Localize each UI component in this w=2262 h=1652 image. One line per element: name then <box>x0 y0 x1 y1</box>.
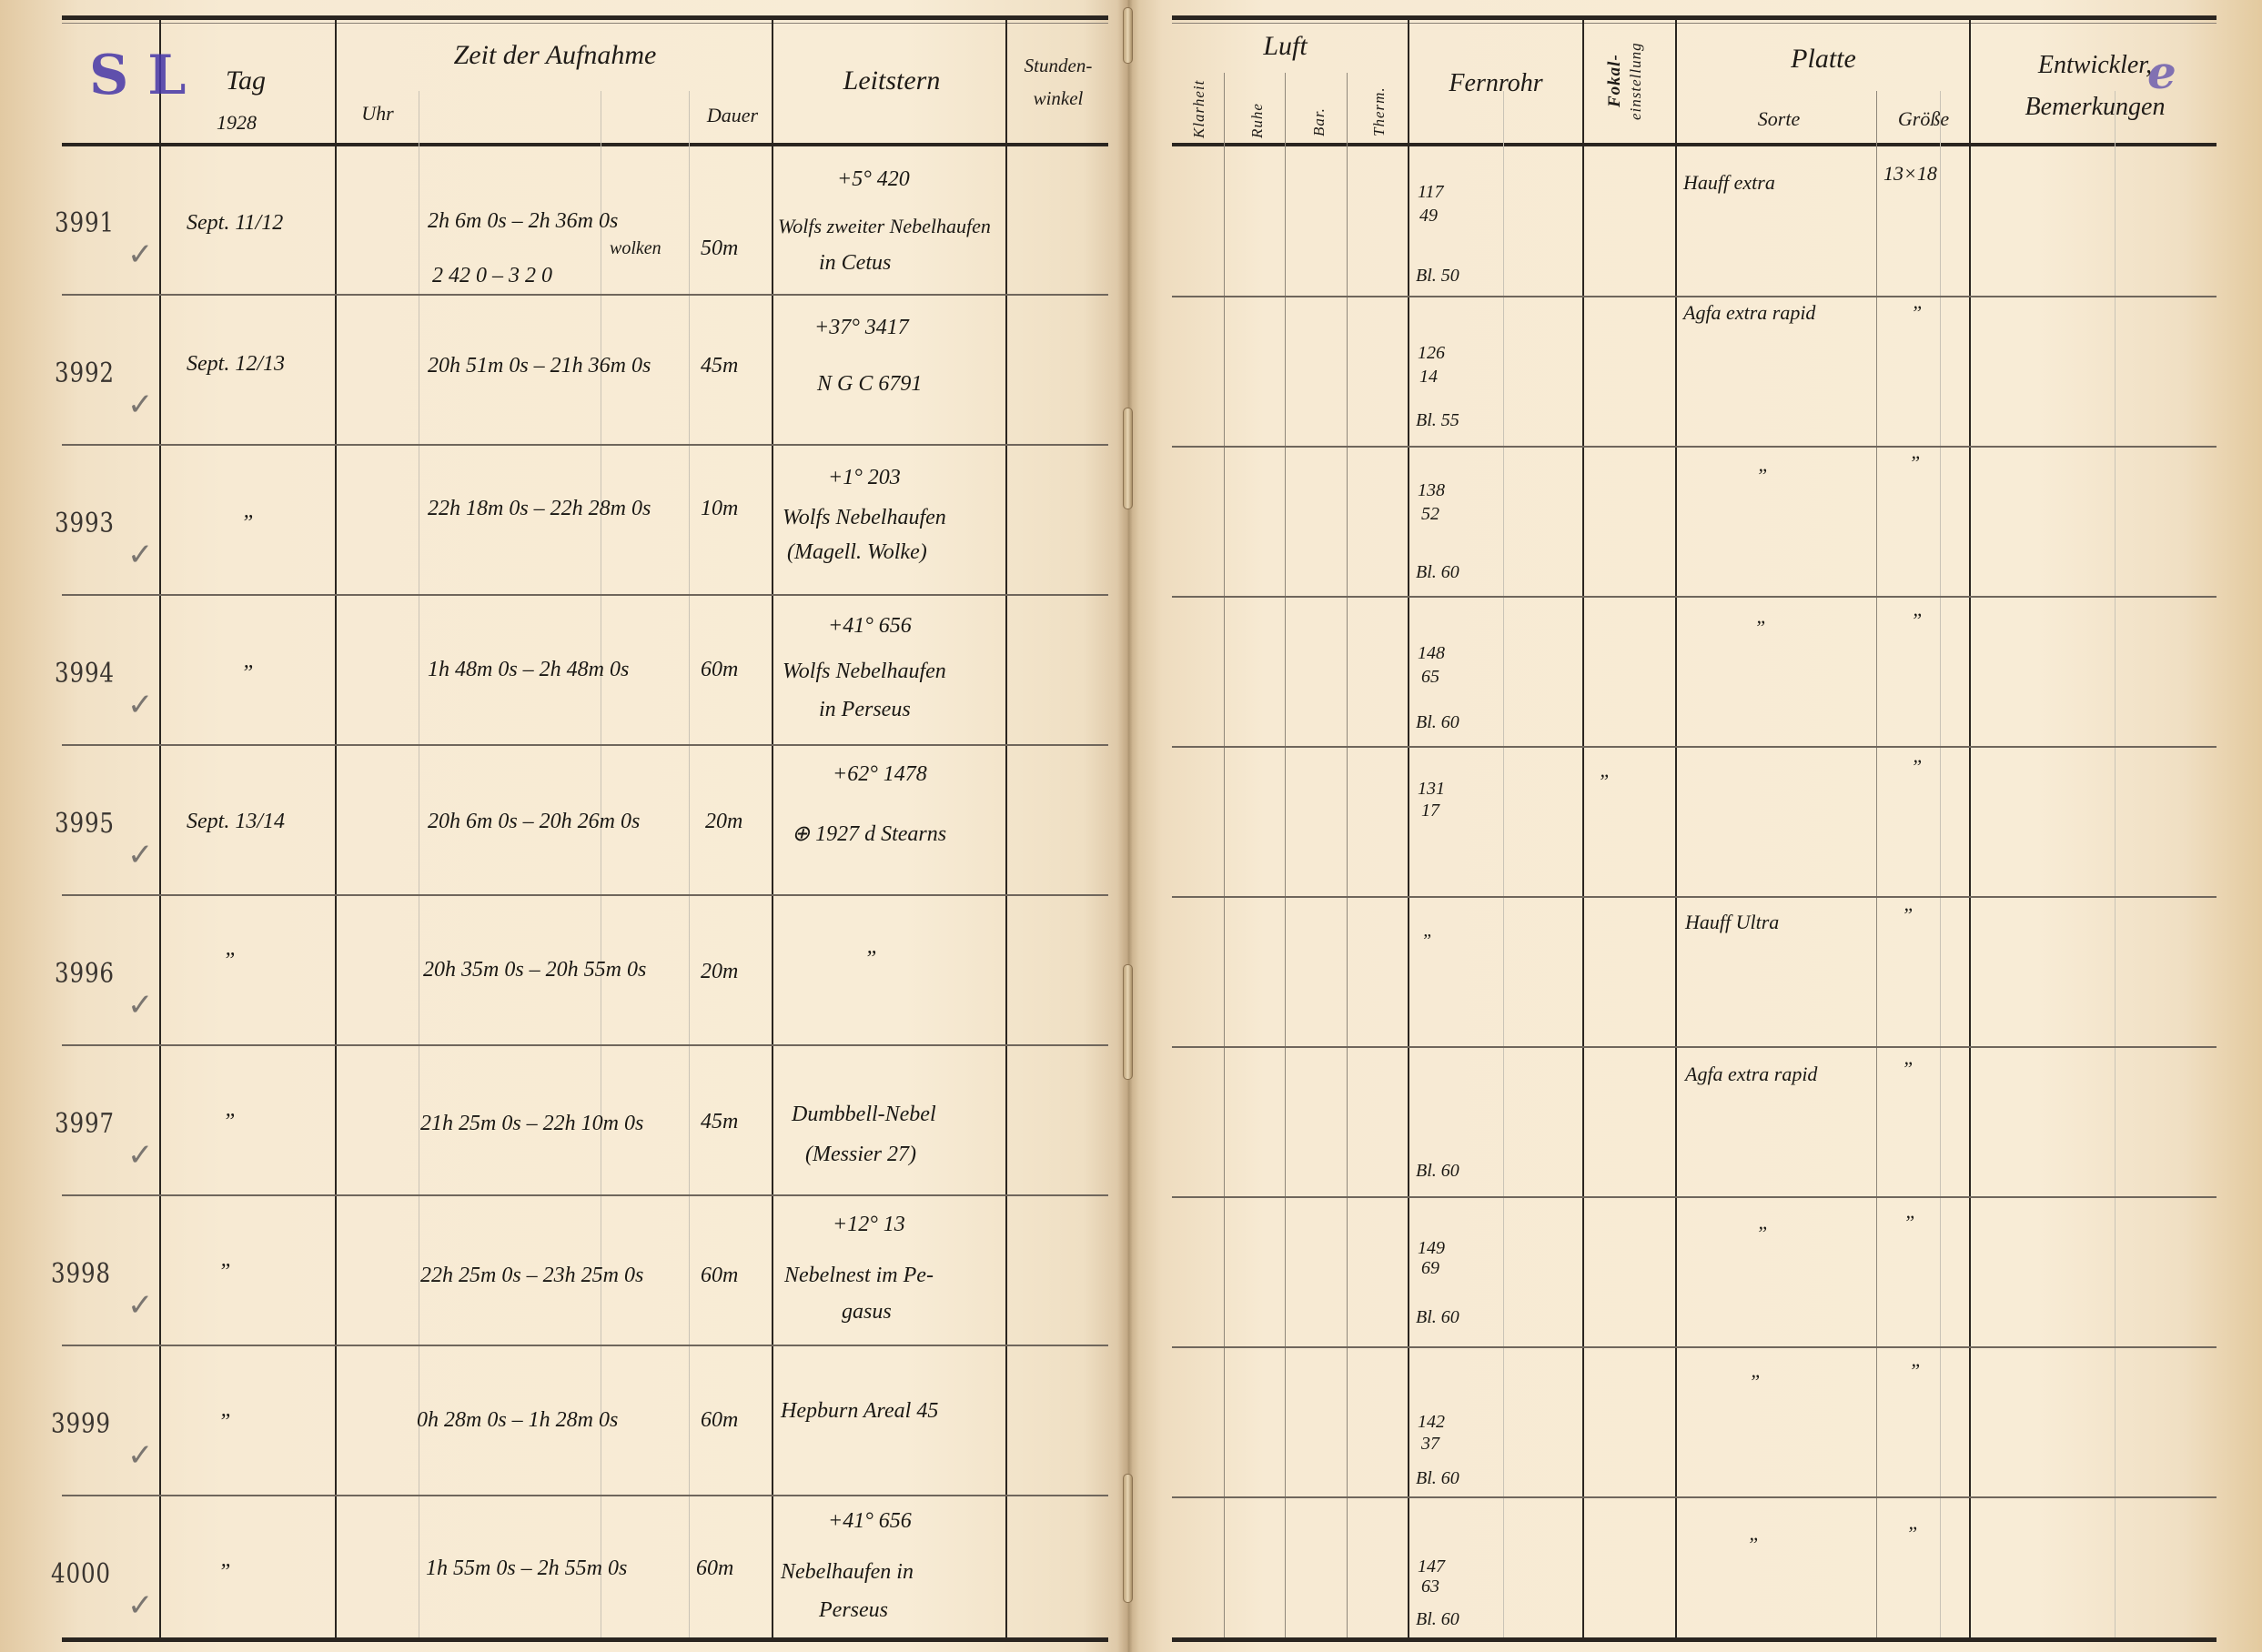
guide-star-note: in Perseus <box>819 698 911 722</box>
entry-time-2: 2 42 0 – 3 2 0 <box>432 264 552 288</box>
check-mark: ✓ <box>127 237 154 273</box>
guide-star-note: gasus <box>842 1300 892 1325</box>
header-leitstern: Leitstern <box>783 65 1001 96</box>
entry-duration: 60m <box>696 1556 733 1581</box>
entry-time-note: wolken <box>610 238 661 259</box>
header-groesse: Größe <box>1880 107 1967 131</box>
entry-date: Sept. 13/14 <box>187 810 285 834</box>
guide-star-bd: +12° 13 <box>833 1213 905 1237</box>
telescope-value-1: 142 <box>1418 1412 1445 1433</box>
entry-duration: 20m <box>705 810 742 834</box>
plate-type: ” <box>1756 464 1767 488</box>
entry-duration: 50m <box>701 237 738 261</box>
telescope-value-2: ” <box>1421 931 1431 952</box>
plate-row: 148 65 Bl. 60 ” ” <box>1128 596 2262 746</box>
telescope-value-1: 131 <box>1418 779 1445 800</box>
entry-time: 20h 6m 0s – 20h 26m 0s <box>428 810 640 834</box>
telescope-value-1: 148 <box>1418 643 1445 664</box>
header-klarheit: Klarheit <box>1190 80 1208 138</box>
top-rule-thin <box>1172 23 2217 24</box>
plate-type: ” <box>1756 1222 1767 1245</box>
header-uhr: Uhr <box>350 102 405 126</box>
binding-staple <box>1123 1474 1133 1603</box>
check-mark: ✓ <box>127 537 154 573</box>
header-fokal-1: Fokal- <box>1605 54 1625 107</box>
check-mark: ✓ <box>127 687 154 723</box>
guide-star-bd: +62° 1478 <box>833 762 927 787</box>
plate-size: ” <box>1909 1359 1920 1383</box>
guide-star-bd: +41° 656 <box>828 614 912 639</box>
telescope-blende: Bl. 60 <box>1416 1307 1459 1328</box>
telescope-value-2: 69 <box>1421 1258 1439 1279</box>
entry-time: 1h 48m 0s – 2h 48m 0s <box>428 658 629 682</box>
telescope-value-2: 17 <box>1421 801 1439 821</box>
telescope-blende: Bl. 60 <box>1416 1609 1459 1630</box>
plate-row: 131 17 ” ” <box>1128 746 2262 896</box>
guide-star-object: ” <box>864 947 876 972</box>
guide-star-note: (Magell. Wolke) <box>787 540 927 565</box>
log-entry-row: 3998 ✓ ” 22h 25m 0s – 23h 25m 0s 60m +12… <box>0 1196 1128 1345</box>
entry-duration: 20m <box>701 960 738 984</box>
telescope-blende: Bl. 60 <box>1416 712 1459 733</box>
entry-time: 2h 6m 0s – 2h 36m 0s <box>428 209 618 234</box>
plate-type: ” <box>1754 616 1765 640</box>
monogram-stamp: S L <box>89 44 186 107</box>
top-rule <box>62 15 1108 20</box>
entry-number: 3998 <box>51 1258 111 1290</box>
entry-time: 21h 25m 0s – 22h 10m 0s <box>420 1112 643 1136</box>
entry-number: 3999 <box>51 1408 111 1440</box>
guide-star-bd: +41° 656 <box>828 1509 912 1534</box>
entry-time: 0h 28m 0s – 1h 28m 0s <box>417 1408 618 1433</box>
plate-row: ” Hauff Ultra ” <box>1128 896 2262 1046</box>
check-mark: ✓ <box>127 1437 154 1474</box>
entry-date: ” <box>218 1410 230 1435</box>
entry-number: 3991 <box>55 207 115 239</box>
logbook-spread: S L Tag 1928 Zeit der Aufnahme Uhr Dauer… <box>0 0 2262 1652</box>
telescope-value-2: 37 <box>1421 1434 1439 1455</box>
header-sorte: Sorte <box>1711 107 1847 131</box>
guide-star-bd: +5° 420 <box>837 167 910 192</box>
entry-duration: 60m <box>701 658 738 682</box>
plate-row: 142 37 Bl. 60 ” ” <box>1128 1346 2262 1496</box>
header-therm: Therm. <box>1370 86 1389 136</box>
header-ruhe: Ruhe <box>1248 103 1267 138</box>
header-fokal-2: einstellung <box>1627 42 1645 120</box>
log-entry-row: 3997 ✓ ” 21h 25m 0s – 22h 10m 0s 45m Dum… <box>0 1046 1128 1194</box>
guide-star-note: in Cetus <box>819 251 891 276</box>
telescope-value-2: 52 <box>1421 504 1439 525</box>
plate-type: ” <box>1598 770 1609 793</box>
entry-date: ” <box>223 949 235 973</box>
plate-row: 126 14 Bl. 55 Agfa extra rapid ” <box>1128 296 2262 446</box>
book-spine <box>1117 0 1139 1652</box>
telescope-blende: Bl. 60 <box>1416 562 1459 583</box>
telescope-value-1: 126 <box>1418 343 1445 364</box>
entry-time: 1h 55m 0s – 2h 55m 0s <box>426 1556 627 1581</box>
entry-duration: 60m <box>701 1264 738 1288</box>
header-zeit: Zeit der Aufnahme <box>346 40 764 71</box>
telescope-value-1: 138 <box>1418 480 1445 501</box>
plate-type: ” <box>1747 1533 1758 1556</box>
entry-number: 3994 <box>55 658 115 690</box>
plate-row: 147 63 Bl. 60 ” ” <box>1128 1496 2262 1637</box>
check-mark: ✓ <box>127 1587 154 1624</box>
plate-size: ” <box>1902 1057 1913 1081</box>
entry-number: 3996 <box>55 958 115 990</box>
log-entry-row: 3991 ✓ Sept. 11/12 2h 6m 0s – 2h 36m 0s … <box>0 146 1128 294</box>
entry-date: Sept. 12/13 <box>187 352 285 377</box>
telescope-value-1: 149 <box>1418 1238 1445 1259</box>
header-stundenwinkel-2: winkel <box>1008 87 1108 110</box>
telescope-value-2: 49 <box>1419 206 1438 227</box>
header-fernrohr: Fernrohr <box>1410 69 1581 98</box>
entry-duration: 45m <box>701 1110 738 1134</box>
telescope-value-2: 63 <box>1421 1576 1439 1597</box>
plate-size: ” <box>1909 451 1920 475</box>
header-dauer: Dauer <box>696 104 769 127</box>
entry-date: ” <box>241 661 253 686</box>
entry-duration: 10m <box>701 497 738 521</box>
entry-duration: 45m <box>701 354 738 378</box>
entry-date: ” <box>223 1110 235 1134</box>
plate-size: 13×18 <box>1883 162 1937 186</box>
header-stundenwinkel-1: Stunden- <box>1008 55 1108 77</box>
plate-type: Agfa extra rapid <box>1683 301 1815 325</box>
plate-size: ” <box>1902 903 1913 927</box>
telescope-blende: Bl. 60 <box>1416 1161 1459 1182</box>
guide-star-bd: +1° 203 <box>828 466 901 490</box>
telescope-blende: Bl. 50 <box>1416 266 1459 287</box>
guide-star-object: ⊕ 1927 d Stearns <box>792 821 946 847</box>
plate-type: Agfa extra rapid <box>1685 1063 1817 1086</box>
plate-row: Bl. 60 Agfa extra rapid ” <box>1128 1046 2262 1196</box>
plate-size: ” <box>1911 755 1922 779</box>
left-page: S L Tag 1928 Zeit der Aufnahme Uhr Dauer… <box>0 0 1128 1652</box>
entry-date: ” <box>218 1560 230 1585</box>
header-bemerkungen: Bemerkungen <box>1974 93 2216 122</box>
plate-size: ” <box>1906 1522 1917 1546</box>
header-tag-year: 1928 <box>217 111 257 135</box>
guide-star-object: N G C 6791 <box>817 372 922 397</box>
log-entry-row: 4000 ✓ ” 1h 55m 0s – 2h 55m 0s 60m +41° … <box>0 1496 1128 1637</box>
plate-row: 149 69 Bl. 60 ” ” <box>1128 1196 2262 1346</box>
guide-star-object: Wolfs Nebelhaufen <box>783 660 946 684</box>
log-entry-row: 3992 ✓ Sept. 12/13 20h 51m 0s – 21h 36m … <box>0 296 1128 444</box>
header-platte: Platte <box>1679 44 1968 75</box>
plate-size: ” <box>1904 1211 1914 1234</box>
guide-star-note: (Messier 27) <box>805 1143 916 1167</box>
telescope-blende: Bl. 55 <box>1416 410 1459 431</box>
telescope-blende: Bl. 60 <box>1416 1468 1459 1489</box>
plate-type: ” <box>1749 1370 1760 1394</box>
check-mark: ✓ <box>127 837 154 873</box>
check-mark: ✓ <box>127 1137 154 1174</box>
letter-stamp: e <box>2147 45 2176 99</box>
plate-size: ” <box>1911 609 1922 632</box>
header-luft: Luft <box>1224 31 1347 62</box>
entry-date: Sept. 11/12 <box>187 211 283 236</box>
entry-date: ” <box>241 511 253 536</box>
telescope-value-1: 147 <box>1418 1556 1445 1577</box>
entry-time: 20h 51m 0s – 21h 36m 0s <box>428 354 651 378</box>
entry-time: 20h 35m 0s – 20h 55m 0s <box>423 958 646 982</box>
entry-number: 3997 <box>55 1108 115 1140</box>
plate-type: Hauff Ultra <box>1685 911 1779 934</box>
top-rule-thin <box>62 23 1108 24</box>
entry-number: 4000 <box>51 1558 111 1590</box>
right-page: Luft Klarheit Ruhe Bar. Therm. Fernrohr … <box>1128 0 2262 1652</box>
entry-date: ” <box>218 1260 230 1284</box>
check-mark: ✓ <box>127 1287 154 1324</box>
top-rule <box>1172 15 2217 20</box>
binding-staple <box>1123 408 1133 509</box>
telescope-value-1: 117 <box>1418 182 1444 203</box>
header-bar: Bar. <box>1310 107 1328 136</box>
header-tag: Tag <box>200 65 291 96</box>
plate-type: Hauff extra <box>1683 171 1775 195</box>
binding-staple <box>1123 964 1133 1080</box>
check-mark: ✓ <box>127 387 154 423</box>
plate-row: 138 52 Bl. 60 ” ” <box>1128 446 2262 596</box>
guide-star-object: Nebelnest im Pe- <box>784 1264 934 1288</box>
telescope-value-2: 14 <box>1419 367 1438 388</box>
telescope-value-2: 65 <box>1421 667 1439 688</box>
binding-staple <box>1123 7 1133 64</box>
log-entry-row: 3996 ✓ ” 20h 35m 0s – 20h 55m 0s 20m ” <box>0 896 1128 1044</box>
header-entwickler: Entwickler, <box>1974 51 2216 80</box>
plate-size: ” <box>1911 301 1922 325</box>
guide-star-object: Wolfs zweiter Nebelhaufen <box>778 215 991 238</box>
entry-number: 3995 <box>55 808 115 840</box>
log-entry-row: 3999 ✓ ” 0h 28m 0s – 1h 28m 0s 60m Hepbu… <box>0 1346 1128 1495</box>
bottom-rule <box>1172 1637 2217 1642</box>
log-entry-row: 3994 ✓ ” 1h 48m 0s – 2h 48m 0s 60m +41° … <box>0 596 1128 744</box>
plate-row: 117 49 Bl. 50 Hauff extra 13×18 <box>1128 146 2262 296</box>
log-entry-row: 3993 ✓ ” 22h 18m 0s – 22h 28m 0s 10m +1°… <box>0 446 1128 594</box>
guide-star-bd: +37° 3417 <box>814 316 909 340</box>
guide-star-object: Dumbbell-Nebel <box>792 1103 936 1127</box>
guide-star-object: Wolfs Nebelhaufen <box>783 506 946 530</box>
guide-star-object: Hepburn Areal 45 <box>781 1399 938 1424</box>
bottom-rule <box>62 1637 1108 1642</box>
guide-star-object: Nebelhaufen in <box>781 1560 914 1585</box>
entry-duration: 60m <box>701 1408 738 1433</box>
entry-number: 3992 <box>55 358 115 389</box>
check-mark: ✓ <box>127 987 154 1023</box>
entry-time: 22h 25m 0s – 23h 25m 0s <box>420 1264 643 1288</box>
log-entry-row: 3995 ✓ Sept. 13/14 20h 6m 0s – 20h 26m 0… <box>0 746 1128 894</box>
guide-star-note: Perseus <box>819 1598 888 1623</box>
entry-time: 22h 18m 0s – 22h 28m 0s <box>428 497 651 521</box>
entry-number: 3993 <box>55 508 115 539</box>
